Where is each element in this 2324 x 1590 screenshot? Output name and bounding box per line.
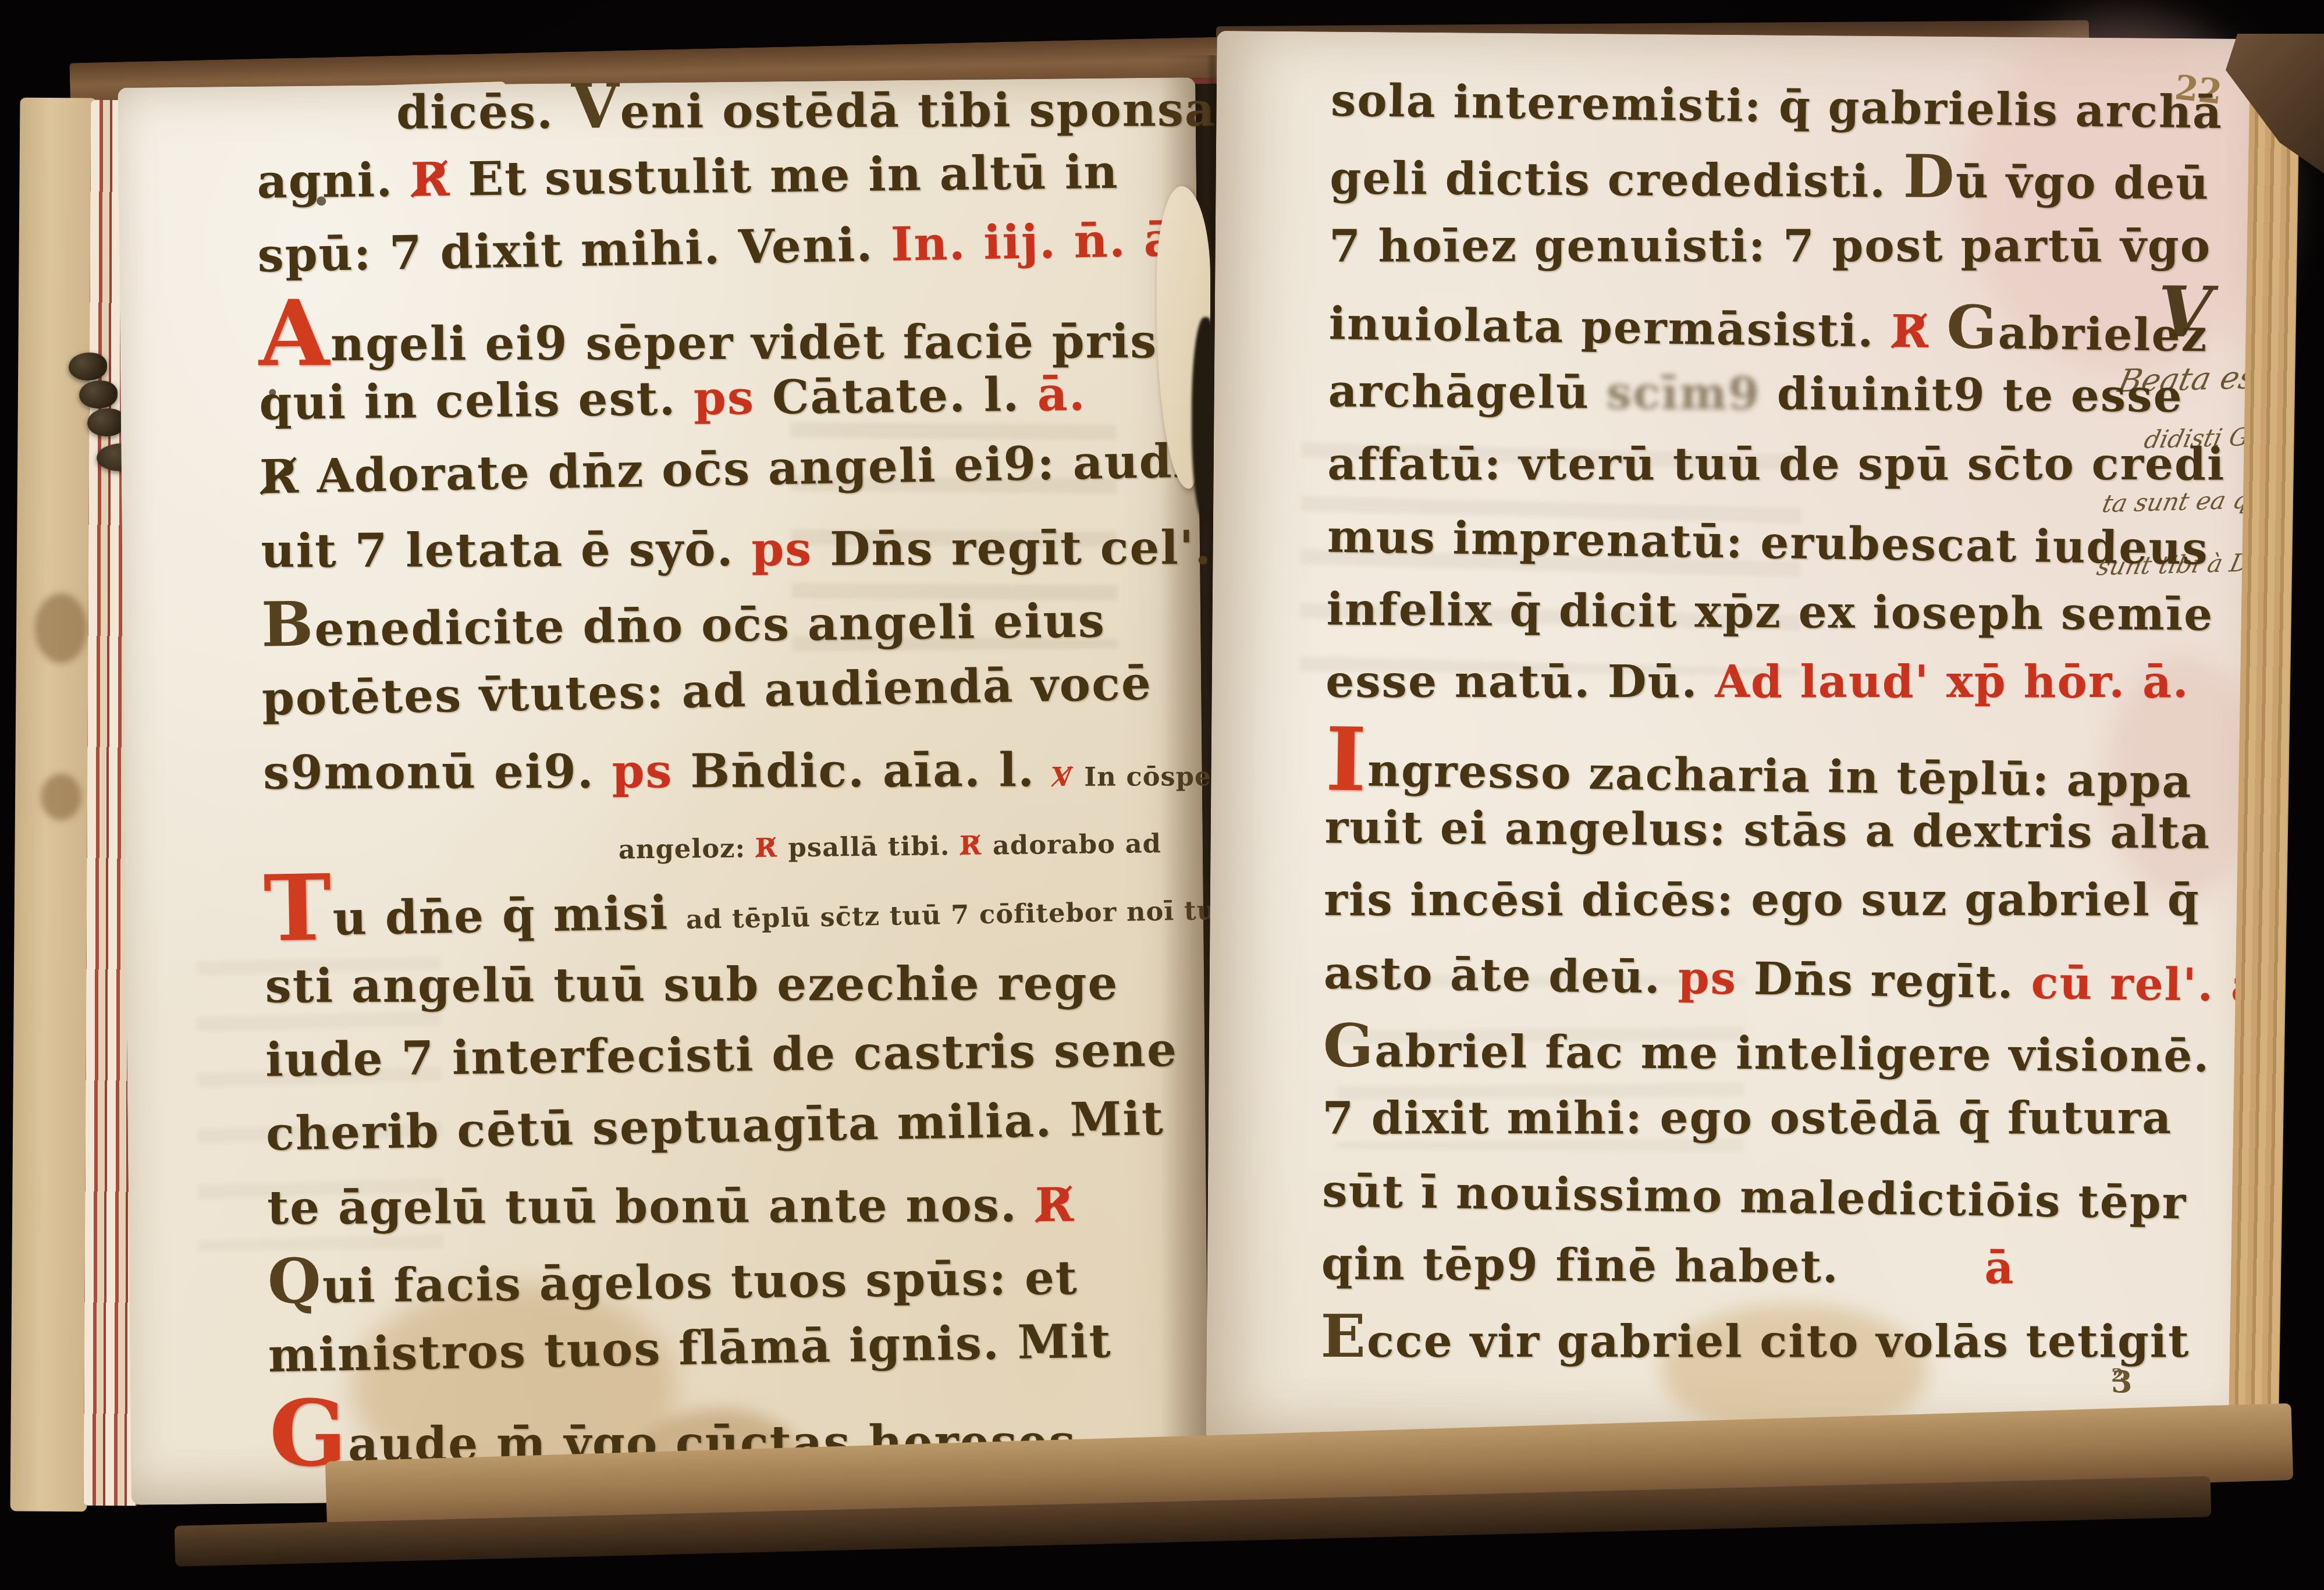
- text-segment: ad tēplū sc̄tz tuū 7 cōfitebor noī tuo.: [685, 894, 1243, 935]
- text-segment: ā.: [1037, 367, 1086, 422]
- text-segment: affatū: vterū tuū de spū sc̄to credi: [1327, 438, 2225, 490]
- quire-mark-number: 3: [2111, 1364, 2133, 1400]
- text-segment: cce vir gabriel cito volās tetigit: [1367, 1315, 2190, 1368]
- text-segment: iude 7 interfecisti de castris sene: [265, 1022, 1178, 1087]
- text-segment: 7 dixit mihi: ego ostēdā q̄ futura: [1322, 1092, 2172, 1144]
- text-segment: spū: 7 dixit mihi. Veni.: [257, 217, 891, 283]
- text-line: esse natū. Dū. Ad laud' xp̄ hōr. ā.: [1326, 682, 2216, 755]
- text-segment: ps: [751, 521, 830, 576]
- text-segment: ngresso zacharia in tēplū: appa: [1367, 745, 2192, 809]
- text-segment: ngeli ei9 sēper vidēt faciē p̄ris: [331, 314, 1158, 371]
- text-segment: ā: [1984, 1242, 2014, 1294]
- text-segment: scīm9: [1606, 367, 1760, 420]
- text-segment: u dn̄e q̄ misi: [332, 885, 687, 946]
- wax-drop: [69, 353, 107, 380]
- text-segment: G: [1946, 292, 1998, 362]
- quire-mark: 32: [2111, 1364, 2124, 1400]
- text-segment: A: [258, 280, 331, 386]
- text-segment: R̸: [960, 830, 993, 861]
- text-segment: B: [261, 588, 315, 661]
- text-segment: qui in celis est.: [259, 371, 694, 430]
- text-segment: I: [1325, 709, 1369, 812]
- text-segment: inuiolata permāsisti.: [1328, 298, 1892, 358]
- text-segment: psallā tibi.: [788, 830, 960, 863]
- text-segment: sti angelū tuū sub ezechie rege: [265, 955, 1118, 1013]
- text-segment: ruit ei angelus: stās a dextris alta: [1324, 801, 2211, 859]
- text-segment: V: [571, 70, 620, 142]
- text-segment: infelix q̄ dicit xp̄z ex ioseph semīe: [1326, 584, 2213, 641]
- text-segment: esse natū. Dū.: [1326, 656, 1715, 708]
- text-segment: asto āte deū.: [1324, 947, 1679, 1004]
- text-segment: ps: [693, 370, 772, 426]
- text-segment: angeloz:: [619, 833, 755, 865]
- text-segment: ū v̄go deū: [1956, 156, 2210, 210]
- text-segment: R̸: [755, 832, 788, 863]
- text-segment: R̸: [1891, 305, 1947, 358]
- text-segment: E: [1320, 1301, 1366, 1371]
- text-segment: Et sustulit me in altū in: [468, 144, 1119, 207]
- text-segment: qin tēp9 finē habet.: [1321, 1237, 1839, 1293]
- right-page-text: sola interemisti: q̄ gabrielis archāgeli…: [1320, 101, 2221, 1417]
- text-segment: ps: [1678, 952, 1754, 1005]
- text-segment: enedicite dn̄o oc̄s angeli eius: [314, 593, 1106, 656]
- text-segment: In. iij. n̄. ā.: [890, 212, 1193, 272]
- text-segment: diuinit9 te esse: [1760, 368, 2183, 422]
- text-segment: T: [263, 855, 333, 962]
- text-segment: eni ostēdā tibi sponsaz: [620, 82, 1244, 139]
- text-segment: ui facis āgelos tuos spūs: et: [322, 1250, 1078, 1314]
- text-segment: archāgelū: [1328, 365, 1607, 419]
- text-segment: V̸: [1053, 762, 1085, 792]
- text-segment: agni.: [257, 152, 411, 209]
- text-segment: 7 hoīez genuisti: 7 post partū v̄go: [1329, 220, 2211, 272]
- stain: [41, 774, 81, 820]
- left-page-text: dicēs. Veni ostēdā tibi sponsazagni. R̸ …: [257, 99, 1160, 1503]
- text-segment: abrielez: [1998, 307, 2208, 362]
- text-segment: ris incēsi dicēs: ego suz gabriel q̄: [1324, 874, 2199, 926]
- text-segment: uit 7 letata ē syō.: [261, 522, 751, 578]
- left-page: dicēs. Veni ostēdā tibi sponsazagni. R̸ …: [118, 77, 1209, 1505]
- text-segment: abriel fac me inteligere visionē.: [1374, 1025, 2210, 1083]
- text-segment: Bn̄dic. aīa. l.: [690, 742, 1053, 798]
- text-segment: D: [1903, 142, 1956, 212]
- text-segment: R̸: [1035, 1178, 1075, 1232]
- text-segment: G: [1323, 1011, 1375, 1080]
- text-segment: Cātate. l.: [772, 367, 1037, 424]
- text-segment: Ad laud' xp̄ hōr. ā.: [1715, 656, 2189, 708]
- right-page: 22 V Beata es qudidisti Gl'ia sta sunt e…: [1206, 31, 2261, 1450]
- text-segment: adorabo ad: [993, 828, 1162, 860]
- wax-drop: [87, 408, 126, 436]
- text-segment: te āgelū tuū bonū ante nos.: [267, 1178, 1035, 1235]
- text-line: Ecce vir gabriel cito volās tetigit: [1320, 1336, 2211, 1409]
- text-segment: geli dictis crededisti.: [1330, 152, 1903, 208]
- text-segment: ps: [612, 744, 690, 798]
- stain: [35, 593, 87, 663]
- text-segment: s9monū ei9.: [263, 744, 612, 800]
- text-segment: R̸: [410, 152, 468, 207]
- text-segment: Dn̄s regīt.: [1753, 953, 2031, 1009]
- text-segment: dicēs.: [396, 84, 571, 140]
- wax-drop: [79, 380, 118, 408]
- manuscript-photo: dicēs. Veni ostēdā tibi sponsazagni. R̸ …: [0, 0, 2324, 1590]
- text-segment: Q: [267, 1245, 322, 1318]
